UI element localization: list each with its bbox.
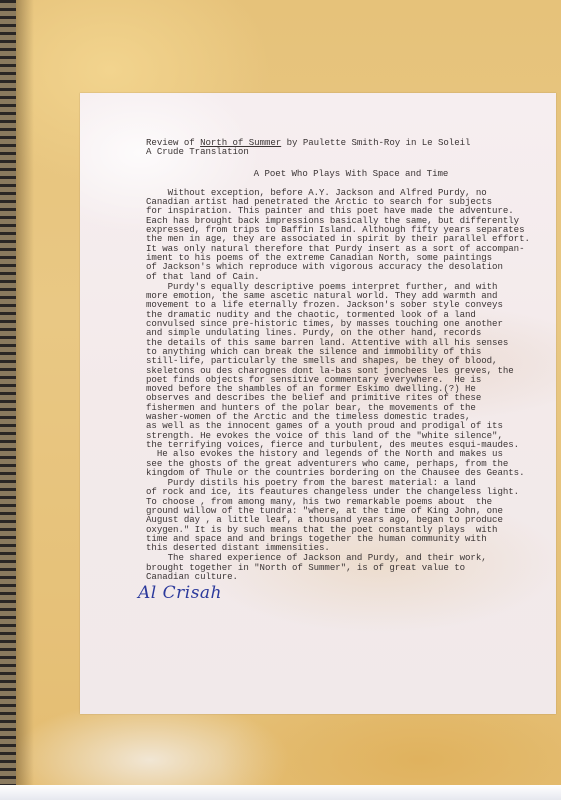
text-line: kingdom of Thule or the countries border… <box>146 468 546 477</box>
binding-shadow <box>16 0 34 785</box>
paragraph: Purdy's equally descriptive poems interp… <box>146 282 546 477</box>
spiral-binding <box>0 0 16 785</box>
bottom-edge <box>0 785 561 800</box>
header-suffix: by Paulette Smith-Roy in Le Soleil <box>281 137 470 148</box>
paragraph: Without exception, before A.Y. Jackson a… <box>146 188 546 281</box>
paragraph: The shared experience of Jackson and Pur… <box>146 553 546 581</box>
translation-note: A Crude Translation <box>146 147 546 156</box>
article-title: A Poet Who Plays With Space and Time <box>156 169 546 178</box>
text-line: Canadian culture. <box>146 572 546 581</box>
review-document: Review of North of Summer by Paulette Sm… <box>146 138 546 581</box>
handwritten-signature: Al Crisah <box>138 583 222 603</box>
article-body: Without exception, before A.Y. Jackson a… <box>146 188 546 581</box>
text-line: this deserted distant immensities. <box>146 543 546 552</box>
paragraph: Purdy distils his poetry from the barest… <box>146 478 546 552</box>
text-line: of that land of Cain. <box>146 272 546 281</box>
